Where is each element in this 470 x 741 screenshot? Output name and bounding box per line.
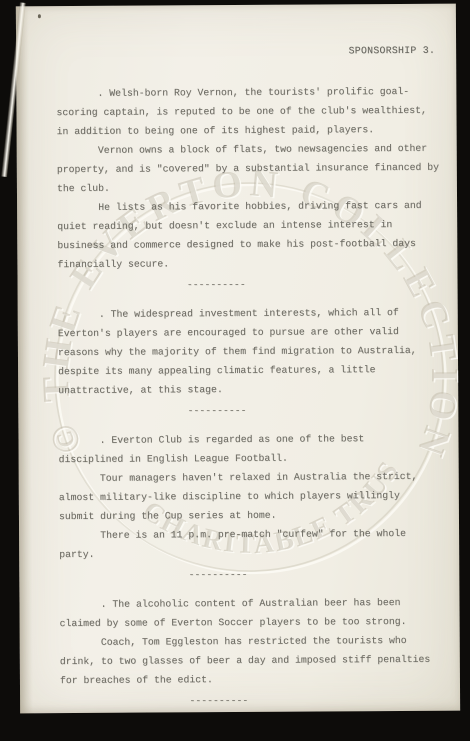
typed-text: . Welsh-born Roy Vernon, the tourists' p… [56,82,442,721]
photo-background: © THE EVERTON COLLECTION © CHARITABLE TR… [0,0,470,741]
typed-line: . Everton Club is regarded as one of the… [58,429,440,450]
typed-line: the club. [57,177,439,198]
typed-line: despite its many appealing climatic feat… [58,360,440,381]
typed-line: unattractive, at this stage. [58,379,440,400]
typed-line: property, and is "covered" by a substant… [57,158,439,179]
typed-line: for breaches of the edict. [60,669,442,690]
divider-line: ---------- [60,690,442,711]
typed-line: Everton's players are encouraged to purs… [58,322,440,343]
typed-line: There is an 11 p.m. pre-match "curfew" f… [59,524,441,545]
typed-line: party. [59,543,441,564]
divider-line: ---------- [58,400,440,421]
typed-line: . The widespread investment interests, w… [58,303,440,324]
typed-line: scoring captain, is reputed to be one of… [56,101,438,122]
typed-line: disciplined in English League Football. [59,448,441,469]
paper-sheet: © THE EVERTON COLLECTION © CHARITABLE TR… [16,4,460,714]
typed-line: He lists as his favorite hobbies, drivin… [57,196,439,217]
typed-line: claimed by some of Everton Soccer player… [60,612,442,633]
typed-line: . Welsh-born Roy Vernon, the tourists' p… [56,82,438,103]
typed-line: reasons why the majority of them find mi… [58,341,440,362]
typed-line: Tour managers haven't relaxed in Austral… [59,467,441,488]
typed-line: Coach, Tom Eggleston has restricted the … [60,631,442,652]
paper-edge [16,6,33,713]
typed-line: almost military-like discipline to which… [59,486,441,507]
typed-line: . The alcoholic content of Australian be… [59,593,441,614]
typed-line: in addition to being one of its highest … [57,120,439,141]
typed-line: business and commerce designed to make h… [57,234,439,255]
typed-line: financially secure. [57,253,439,274]
typed-line: submit during the Cup series at home. [59,505,441,526]
typed-line: Vernon owns a block of flats, two newsag… [57,139,439,160]
divider-line: ---------- [57,274,439,295]
divider-line: ---------- [59,564,441,585]
paper-speck [38,14,41,18]
typed-line: drink, to two glasses of beer a day and … [60,650,442,671]
typed-line: quiet reading, but doesn't exclude an in… [57,215,439,236]
page-label: SPONSORSHIP 3. [349,45,436,57]
